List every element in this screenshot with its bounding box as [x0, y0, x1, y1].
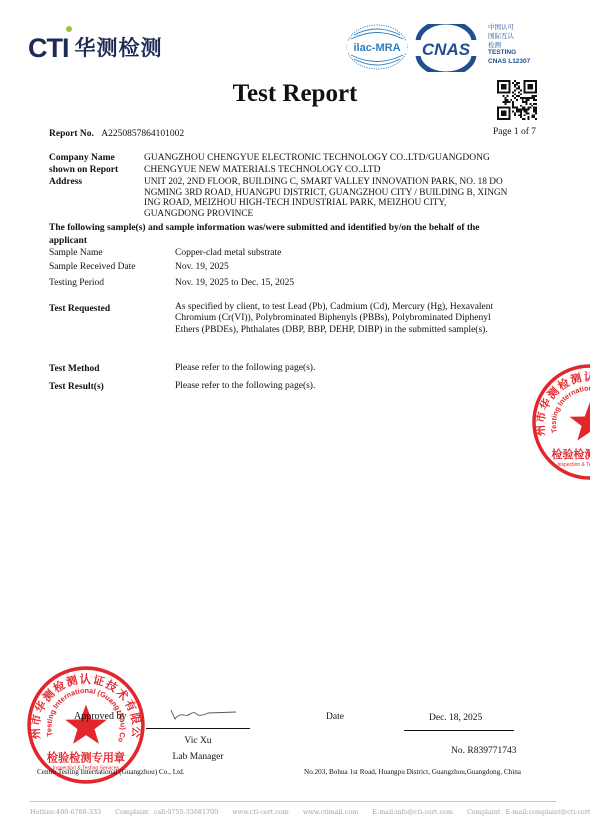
date-value: Dec. 18, 2025: [429, 712, 482, 724]
cnas-line: TESTING: [488, 49, 530, 58]
signature-icon: [168, 704, 240, 722]
address-label: Address: [49, 176, 118, 188]
testing-period-label: Testing Period: [49, 277, 104, 289]
signer-name: Vic Xu: [146, 735, 250, 747]
cnas-line: CNAS L12307: [488, 58, 530, 67]
test-method-value: Please refer to the following page(s).: [175, 362, 315, 374]
report-number: A2250857864101002: [101, 129, 184, 139]
serial-number: No. R839771743: [451, 745, 516, 757]
company-name-line: CHENGYUE NEW MATERIALS TECHNOLOGY CO..LT…: [144, 164, 490, 176]
mall-website-link[interactable]: www.ctimall.com: [303, 808, 358, 816]
footer-contact: Hotline:400-6788-333 Complaint call:0755…: [30, 808, 590, 816]
address-line: GUANGDONG PROVINCE: [144, 209, 507, 220]
test-requested-line: As specified by client, to test Lead (Pb…: [175, 302, 493, 313]
date-line: [404, 730, 514, 731]
ilac-mra-logo-icon: ilac-MRA: [343, 22, 411, 72]
company-address: UNIT 202, 2ND FLOOR, BUILDING C, SMART V…: [144, 177, 507, 220]
test-results-label: Test Result(s): [49, 381, 104, 393]
approved-by-label: Approved by: [74, 711, 127, 723]
email-link[interactable]: E-mail:info@cti-cert.com: [372, 808, 453, 816]
cnas-accreditation-text: 中国认可 国际互认 检测 TESTING CNAS L12307: [488, 23, 530, 67]
cnas-line: 中国认可: [488, 23, 530, 32]
cnas-logo-icon: CNAS: [412, 24, 480, 72]
company-name-line: GUANGZHOU CHENGYUE ELECTRONIC TECHNOLOGY…: [144, 152, 490, 164]
inspection-seal-right: 广州市华测检测认证技术有限公司Centre Testing Internatio…: [530, 362, 590, 482]
logo-brand: CTI: [28, 34, 69, 62]
svg-text:检验检测专用章: 检验检测专用章: [47, 751, 125, 765]
complaint-email-link[interactable]: Complaint E-mail:complaint@cti-cert.com: [467, 808, 590, 816]
test-results-value: Please refer to the following page(s).: [175, 380, 315, 392]
test-requested-value: As specified by client, to test Lead (Pb…: [175, 302, 493, 336]
footer-divider: [30, 801, 556, 802]
test-requested-line: Ethers (PBDEs), Phthalates (DBP, BBP, DE…: [175, 325, 493, 336]
address-line: UNIT 202, 2ND FLOOR, BUILDING C, SMART V…: [144, 177, 507, 188]
website-link[interactable]: www.cti-cert.com: [232, 808, 289, 816]
sample-intro-line: applicant: [49, 235, 480, 248]
logo-dot-icon: [66, 26, 72, 32]
svg-text:CNAS: CNAS: [422, 40, 471, 59]
address-line: ING ROAD, MEIZHOU HIGH-TECH INDUSTRIAL P…: [144, 198, 507, 209]
svg-text:ilac-MRA: ilac-MRA: [353, 42, 400, 54]
sample-name-value: Copper-clad metal substrate: [175, 247, 281, 259]
issuing-address: No.203, Bohua 1st Road, Huangpu District…: [304, 768, 521, 776]
svg-text:检验检测专用章: 检验检测专用章: [552, 447, 590, 461]
test-requested-line: Chromium (Cr(VI)), Polybrominated Biphen…: [175, 313, 493, 324]
signer-title: Lab Manager: [146, 751, 250, 763]
page-indicator: Page 1 of 7: [493, 126, 536, 138]
testing-period-value: Nov. 19, 2025 to Dec. 15, 2025: [175, 277, 294, 289]
report-number-row: Report No. A2250857864101002: [49, 128, 184, 140]
sample-intro: The following sample(s) and sample infor…: [49, 222, 480, 247]
test-method-label: Test Method: [49, 363, 100, 375]
date-label: Date: [326, 711, 344, 723]
label-line: Company Name: [49, 152, 118, 164]
sample-intro-line: The following sample(s) and sample infor…: [49, 222, 480, 235]
company-name-label: Company Name shown on Report Address: [49, 152, 118, 188]
sample-received-label: Sample Received Date: [49, 261, 136, 273]
company-name-value: GUANGZHOU CHENGYUE ELECTRONIC TECHNOLOGY…: [144, 152, 490, 176]
sample-name-label: Sample Name: [49, 247, 103, 259]
test-requested-label: Test Requested: [49, 303, 110, 315]
page-title: Test Report: [0, 80, 590, 108]
address-line: NGMING 3RD ROAD, HUANGPU DISTRICT, GUANG…: [144, 188, 507, 199]
report-number-label: Report No.: [49, 129, 94, 139]
sample-received-value: Nov. 19, 2025: [175, 261, 229, 273]
cnas-line: 国际互认: [488, 32, 530, 41]
complaint-call: Complaint call:0755-33681700: [115, 808, 218, 816]
issuing-company: Centre Testing International (Guangzhou)…: [37, 768, 184, 776]
svg-text:Inspection & Testing Services: Inspection & Testing Services: [557, 462, 590, 468]
signature-line: [146, 728, 250, 729]
label-line: shown on Report: [49, 164, 118, 176]
seal-icon: 广州市华测检测认证技术有限公司Centre Testing Internatio…: [530, 362, 590, 482]
cnas-line: 检测: [488, 41, 530, 50]
hotline: Hotline:400-6788-333: [30, 808, 101, 816]
cti-logo: CTI 华测检测: [28, 30, 163, 62]
logo-chinese-name: 华测检测: [75, 34, 163, 62]
